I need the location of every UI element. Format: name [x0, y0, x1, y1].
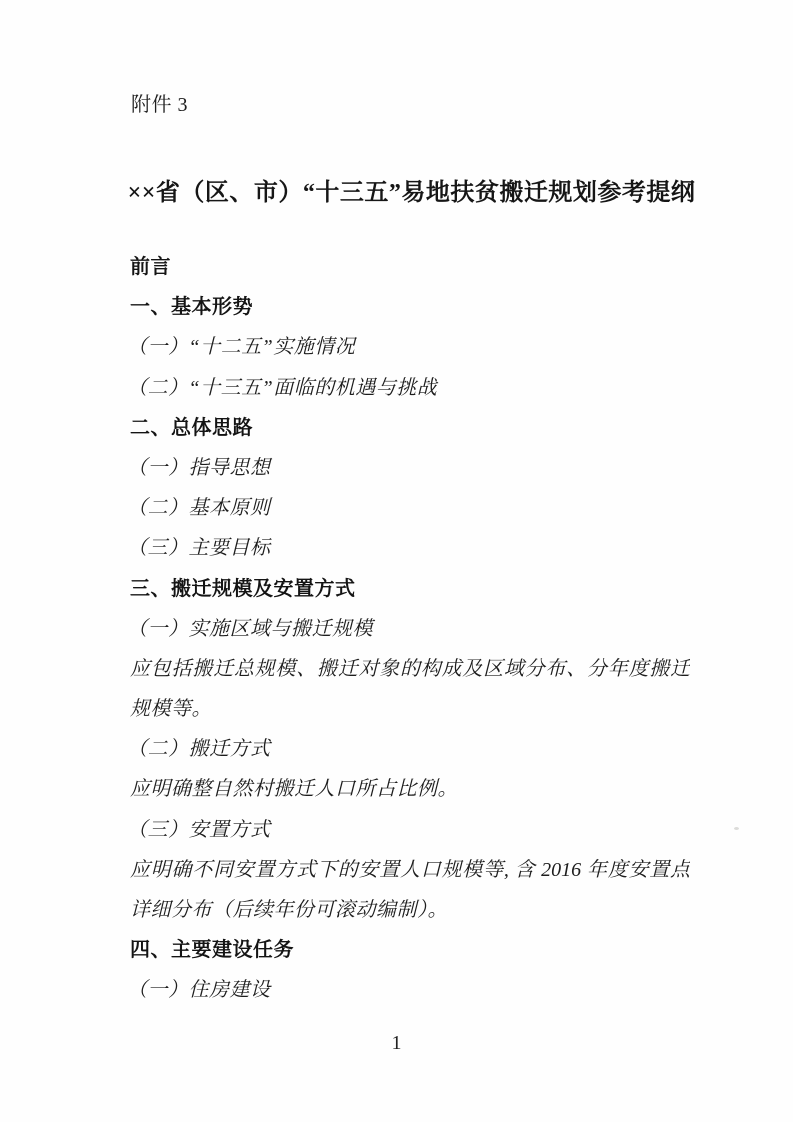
scan-artifact-speck: [734, 827, 739, 830]
paragraph-3-2-line-1: 应明确整自然村搬迁人口所占比例。: [130, 769, 690, 809]
document-page: 附件 3 ××省（区、市）“十三五”易地扶贫搬迁规划参考提纲 前言 一、基本形势…: [0, 0, 793, 1122]
outline-item-3-3: （三）安置方式: [127, 810, 690, 850]
paragraph-3-1-line-1: 应包括搬迁总规模、搬迁对象的构成及区域分布、分年度搬迁: [130, 649, 690, 689]
outline-heading-1: 一、基本形势: [130, 287, 690, 327]
document-title: ××省（区、市）“十三五”易地扶贫搬迁规划参考提纲: [30, 172, 793, 207]
outline-item-3-2: （二）搬迁方式: [127, 729, 690, 769]
outline-heading-preface: 前言: [130, 247, 690, 287]
paragraph-3-1-line-2: 规模等。: [130, 689, 690, 729]
outline-item-2-2: （二）基本原则: [127, 488, 690, 528]
paragraph-3-3-line-1: 应明确不同安置方式下的安置人口规模等, 含 2016 年度安置点: [130, 850, 690, 890]
outline-item-1-1: （一）“十二五”实施情况: [127, 327, 690, 367]
outline-heading-3: 三、搬迁规模及安置方式: [130, 569, 690, 609]
outline-item-1-2: （二）“十三五”面临的机遇与挑战: [127, 368, 690, 408]
outline-item-4-1: （一）住房建设: [127, 970, 690, 1010]
outline-item-3-1: （一）实施区域与搬迁规模: [127, 609, 690, 649]
attachment-label: 附件 3: [131, 88, 188, 117]
page-number: 1: [0, 1032, 793, 1055]
outline: 前言 一、基本形势 （一）“十二五”实施情况 （二）“十三五”面临的机遇与挑战 …: [130, 247, 690, 1011]
paragraph-3-3-line-2: 详细分布（后续年份可滚动编制）。: [130, 890, 690, 930]
outline-item-2-3: （三）主要目标: [127, 528, 690, 568]
outline-heading-4: 四、主要建设任务: [130, 930, 690, 970]
outline-heading-2: 二、总体思路: [130, 408, 690, 448]
outline-item-2-1: （一）指导思想: [127, 448, 690, 488]
